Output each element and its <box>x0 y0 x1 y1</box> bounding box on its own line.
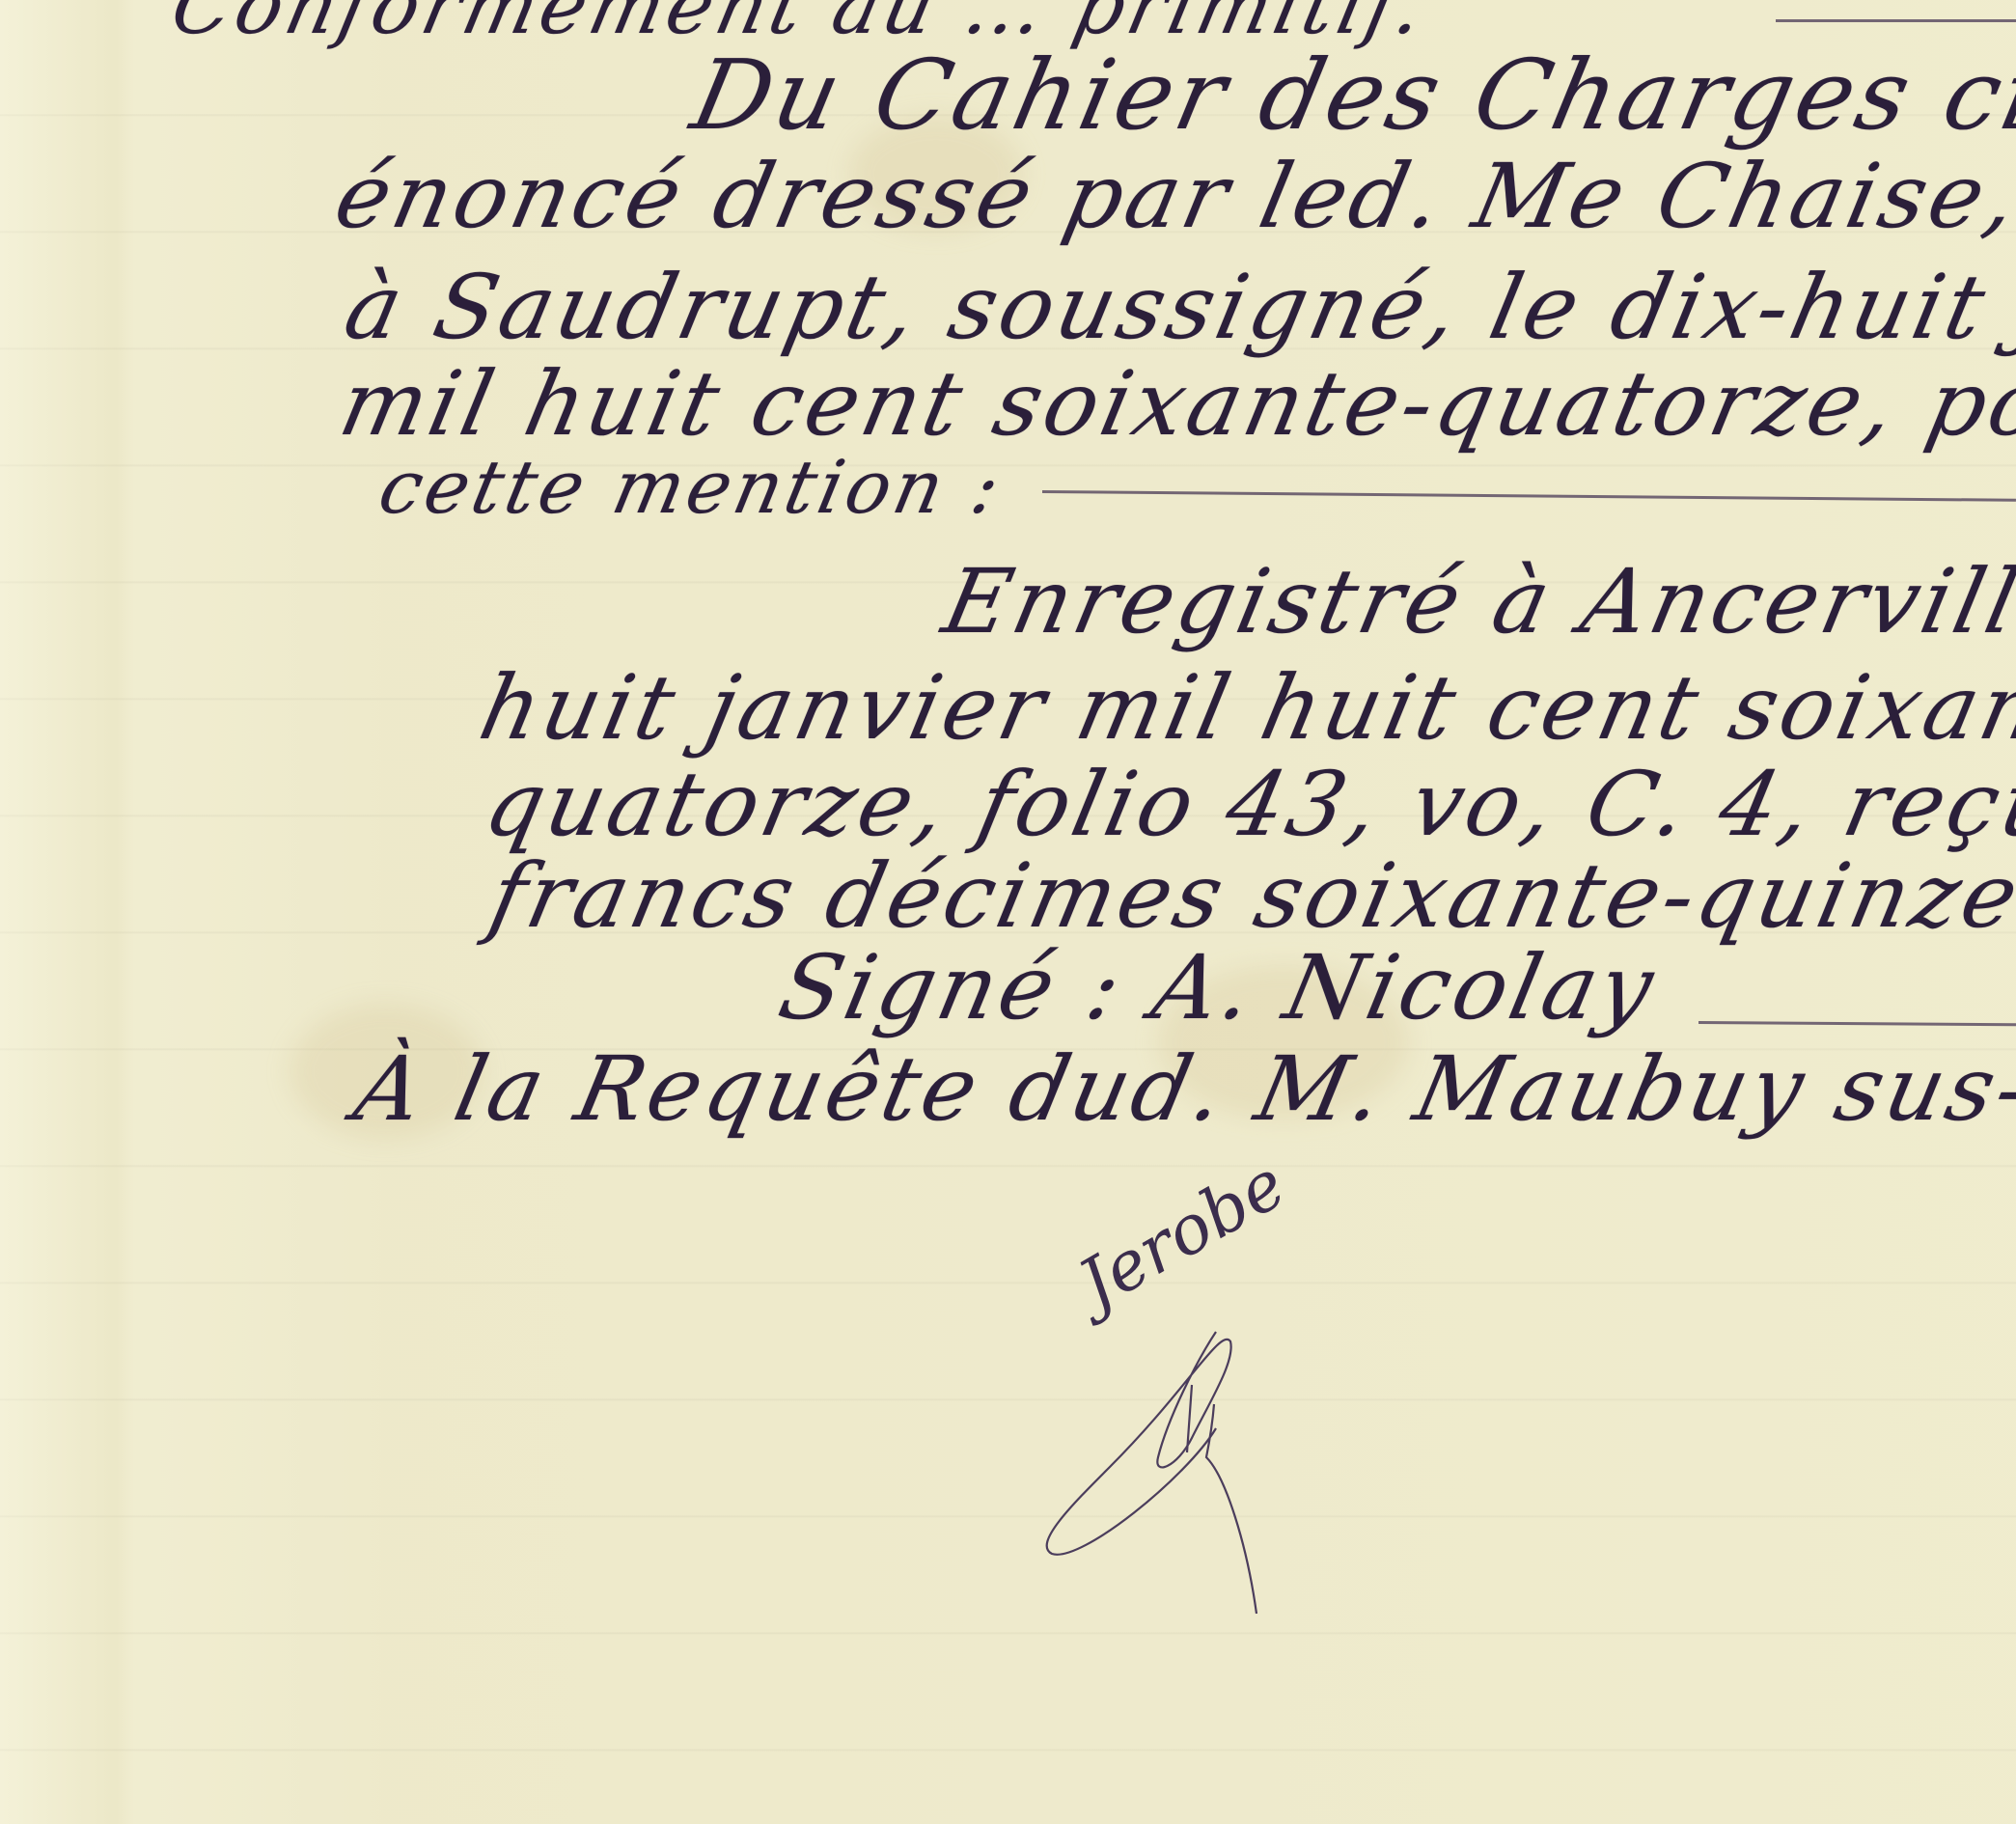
signature: Jerobe <box>994 1197 1399 1641</box>
line-cahier-des-charges: Du Cahier des Charges ci- <box>683 39 2016 152</box>
line-francs-decimes: francs décimes soixante-quinze cent <box>482 844 2016 948</box>
line-a-la-requete: À la Requête dud. M. Maubuy sus-nom <box>346 1037 2016 1141</box>
line-huit-janvier: huit janvier mil huit cent soixante- <box>472 656 2016 760</box>
line-enonce: énoncé dressé par led. Me Chaise, nota <box>327 145 2016 248</box>
line-quatorze-folio: quatorze, folio 43, vo, C. 4, reçu trois <box>477 753 2016 856</box>
line-enregistre: Enregistré à Ancerville le n <box>935 550 2016 653</box>
line-saudrupt: à Saudrupt, soussigné, le dix-huit Jan <box>337 256 2016 359</box>
line-rule <box>1042 490 2016 502</box>
document-page: Conformément au … primitif. Du Cahier de… <box>0 0 2016 1824</box>
line-rule <box>1698 1021 2016 1026</box>
line-cette-mention: cette mention : <box>373 444 1011 530</box>
line-mil-huit-cent: mil huit cent soixante-quatorze, por <box>332 352 2016 456</box>
signature-flourish-icon <box>994 1197 1399 1641</box>
line-signe-nicolay: Signé : A. Nicolay <box>771 936 1666 1039</box>
line-rule <box>1776 19 2016 22</box>
